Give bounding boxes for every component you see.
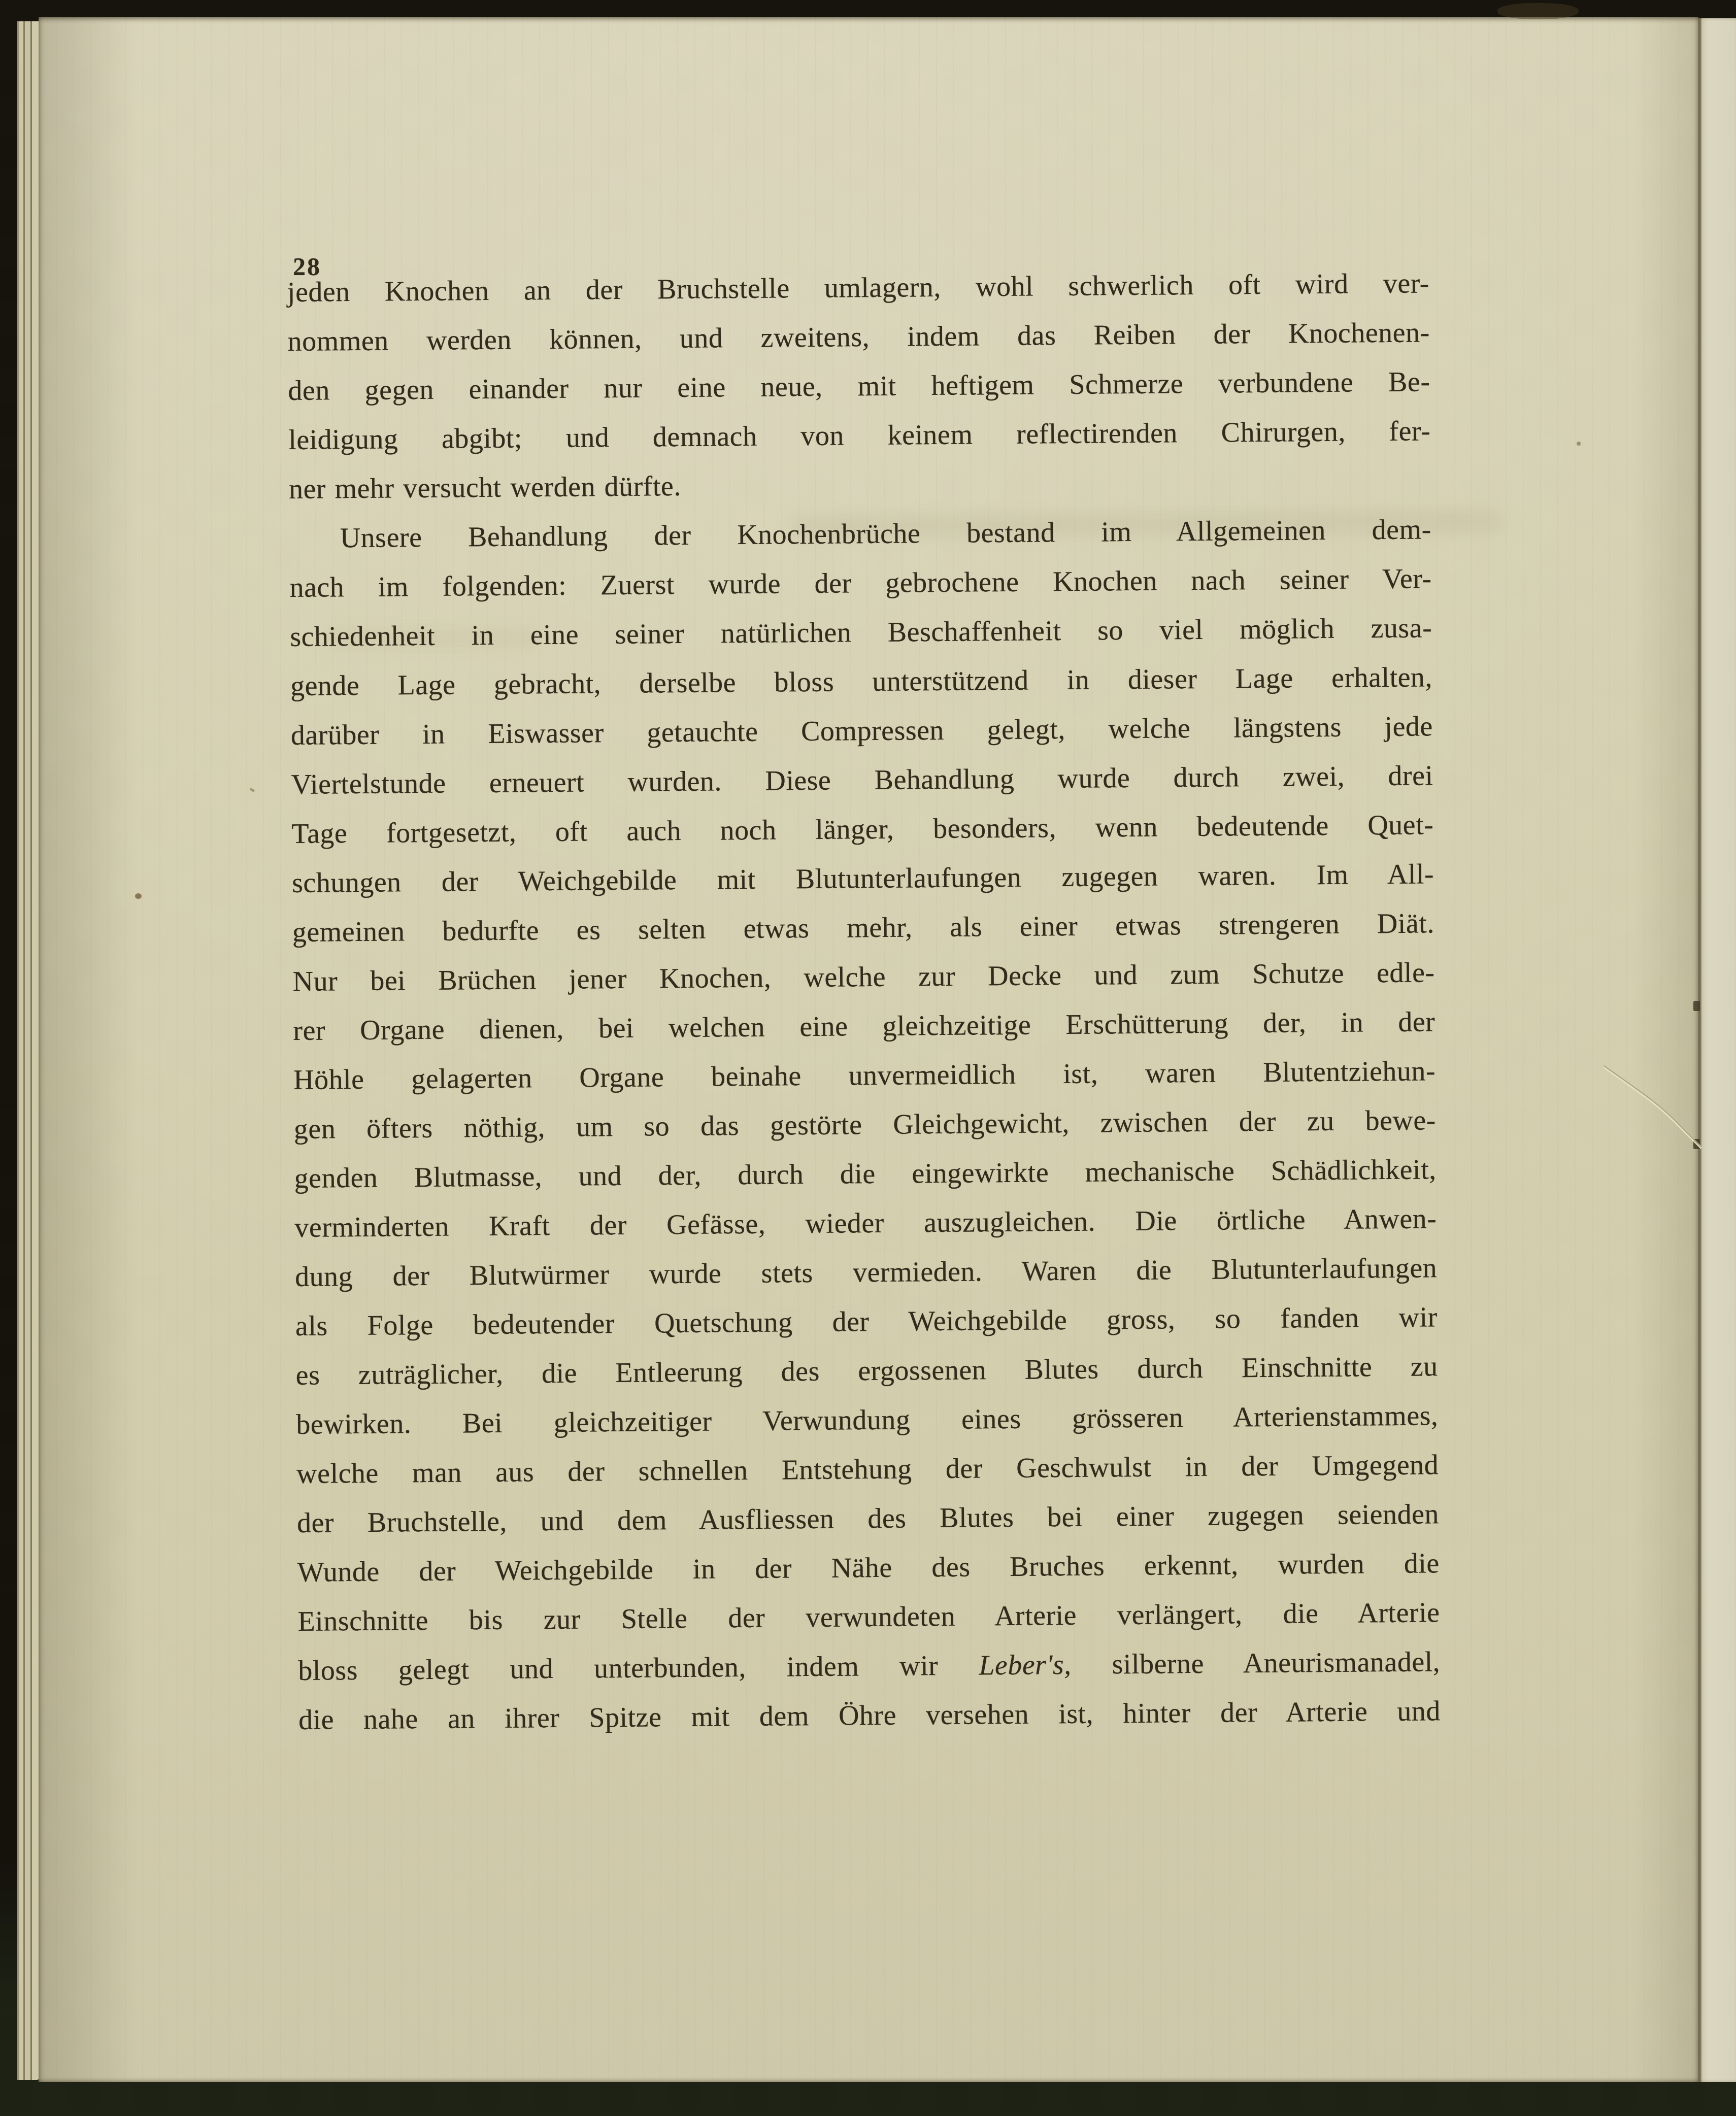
paragraph: Unsere Behandlung der Knochenbrüche best… [289,505,1441,1745]
text-line: nommen werden können, und zweitens, inde… [287,308,1430,366]
text-line: es zuträglicher, die Entleerung des ergo… [295,1342,1438,1400]
text-line: bloss gelegt und unterbunden, indem wir … [298,1637,1441,1696]
stitch-mark [1693,1139,1700,1149]
text-line: dung der Blutwürmer wurde stets vermiede… [295,1244,1438,1302]
text-line: die nahe an ihrer Spitze mit dem Öhre ve… [298,1687,1441,1745]
text-line: Viertelstunde erneuert wurden. Diese Beh… [291,751,1433,810]
text-line: gende Lage gebracht, derselbe bloss unte… [290,653,1433,711]
text-line: jeden Knochen an der Bruchstelle umlager… [287,259,1430,317]
text-line: ner mehr versucht werden dürfte. [289,456,1431,514]
next-page-edge [1698,18,1736,2082]
text-line: den gegen einander nur eine neue, mit he… [288,357,1430,416]
text-line: gemeinen bedurfte es selten etwas mehr, … [292,899,1434,957]
text-line: der Bruchstelle, und dem Ausfliessen des… [297,1490,1440,1548]
text-line: bewirken. Bei gleichzeitiger Verwundung … [296,1391,1439,1450]
ink-speck [1577,442,1581,446]
text-line: Tage fortgesetzt, oft auch noch länger, … [291,800,1434,859]
binding-fiber [1497,3,1579,19]
paragraph: jeden Knochen an der Bruchstelle umlager… [287,259,1431,514]
text-line: verminderten Kraft der Gefässe, wieder a… [294,1194,1437,1253]
text-line: schungen der Weichgebilde mit Blutunterl… [292,850,1434,908]
text-line: rer Organe dienen, bei welchen eine glei… [293,997,1435,1056]
stitch-mark [1693,1001,1700,1011]
text-line: welche man aus der schnellen Entstehung … [296,1440,1439,1499]
text-block: jeden Knochen an der Bruchstelle umlager… [287,259,1441,1745]
text-line: Wunde der Weichgebilde in der Nähe des B… [297,1539,1440,1597]
text-line: schiedenheit in eine seiner natürlichen … [290,603,1432,662]
text-line: darüber in Eiswasser getauchte Compresse… [290,702,1433,760]
text-line: gen öfters nöthig, um so das gestörte Gl… [294,1096,1437,1154]
text-line: Einschnitte bis zur Stelle der verwundet… [297,1588,1440,1647]
text-line: als Folge bedeutender Quetschung der Wei… [295,1293,1438,1351]
text-line: Nur bei Brüchen jener Knochen, welche zu… [292,948,1435,1006]
text-line: Höhle gelagerten Organe beinahe unvermei… [293,1047,1436,1105]
ink-speck [135,893,142,899]
page-stack-edges [17,21,40,2080]
text-line: genden Blutmasse, und der, durch die ein… [294,1145,1437,1203]
text-line: nach im folgenden: Zuerst wurde der gebr… [289,554,1432,613]
text-line: leidigung abgibt; und demnach von keinem… [288,407,1431,465]
scanned-book-photo: { "page": { "number": "28", "paragraphs"… [0,0,1736,2116]
text-line: Unsere Behandlung der Knochenbrüche best… [289,505,1431,563]
